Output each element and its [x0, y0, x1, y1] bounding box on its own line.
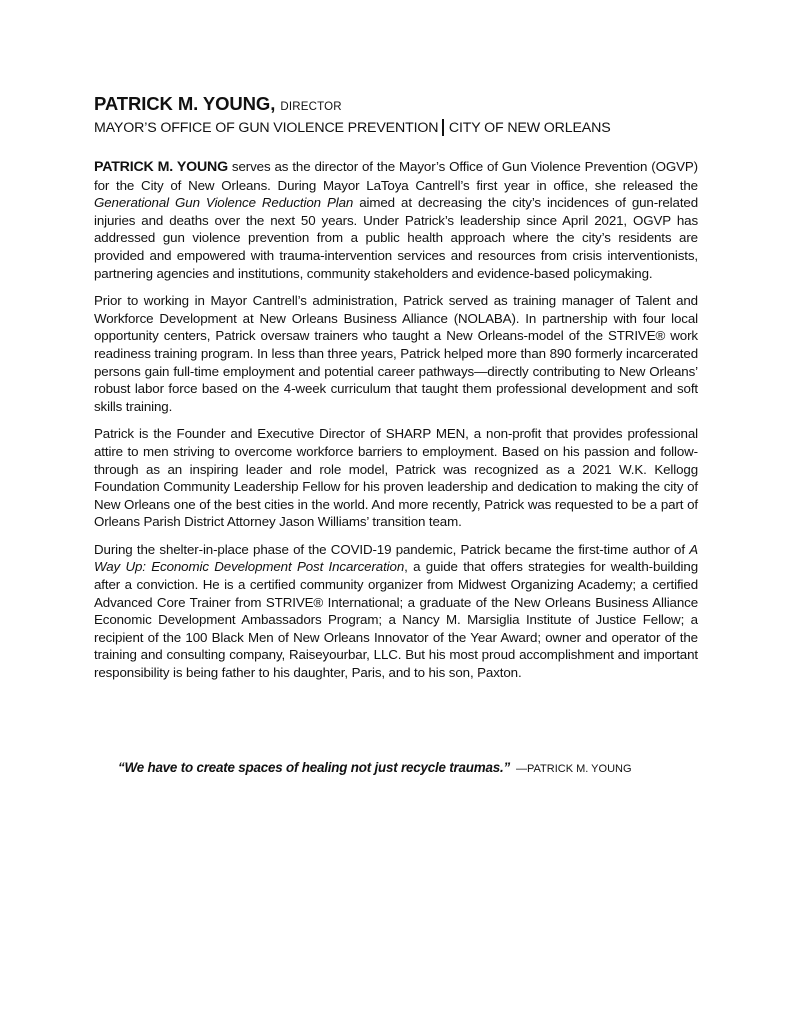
paragraph-achievements: During the shelter-in-place phase of the… — [94, 541, 698, 682]
bio-subtitle: MAYOR’S OFFICE OF GUN VIOLENCE PREVENTIO… — [94, 118, 698, 138]
bio-page: PATRICK M. YOUNG, DIRECTOR MAYOR’S OFFIC… — [94, 93, 698, 692]
office-name: MAYOR’S OFFICE OF GUN VIOLENCE PREVENTIO… — [94, 120, 438, 136]
plan-title: Generational Gun Violence Reduction Plan — [94, 195, 353, 210]
paragraph-lead-name: PATRICK M. YOUNG — [94, 159, 228, 175]
bio-title: PATRICK M. YOUNG, DIRECTOR — [94, 93, 698, 118]
person-role: DIRECTOR — [280, 101, 341, 113]
paragraph-prior-work: Prior to working in Mayor Cantrell’s adm… — [94, 292, 698, 415]
pull-quote: “We have to create spaces of healing not… — [118, 759, 688, 778]
quote-text: “We have to create spaces of healing not… — [118, 760, 510, 775]
subtitle-separator — [442, 119, 444, 136]
city-name: CITY OF NEW ORLEANS — [449, 120, 611, 136]
paragraph-text: During the shelter-in-place phase of the… — [94, 542, 689, 557]
bio-body: PATRICK M. YOUNG serves as the director … — [94, 158, 698, 682]
paragraph-intro: PATRICK M. YOUNG serves as the director … — [94, 158, 698, 282]
paragraph-text: , a guide that offers strategies for wea… — [94, 559, 698, 680]
bio-header: PATRICK M. YOUNG, DIRECTOR MAYOR’S OFFIC… — [94, 93, 698, 138]
name-comma: , — [270, 93, 275, 114]
paragraph-sharp-men: Patrick is the Founder and Executive Dir… — [94, 425, 698, 531]
quote-attribution: —PATRICK M. YOUNG — [516, 763, 632, 775]
person-name: PATRICK M. YOUNG — [94, 93, 270, 114]
